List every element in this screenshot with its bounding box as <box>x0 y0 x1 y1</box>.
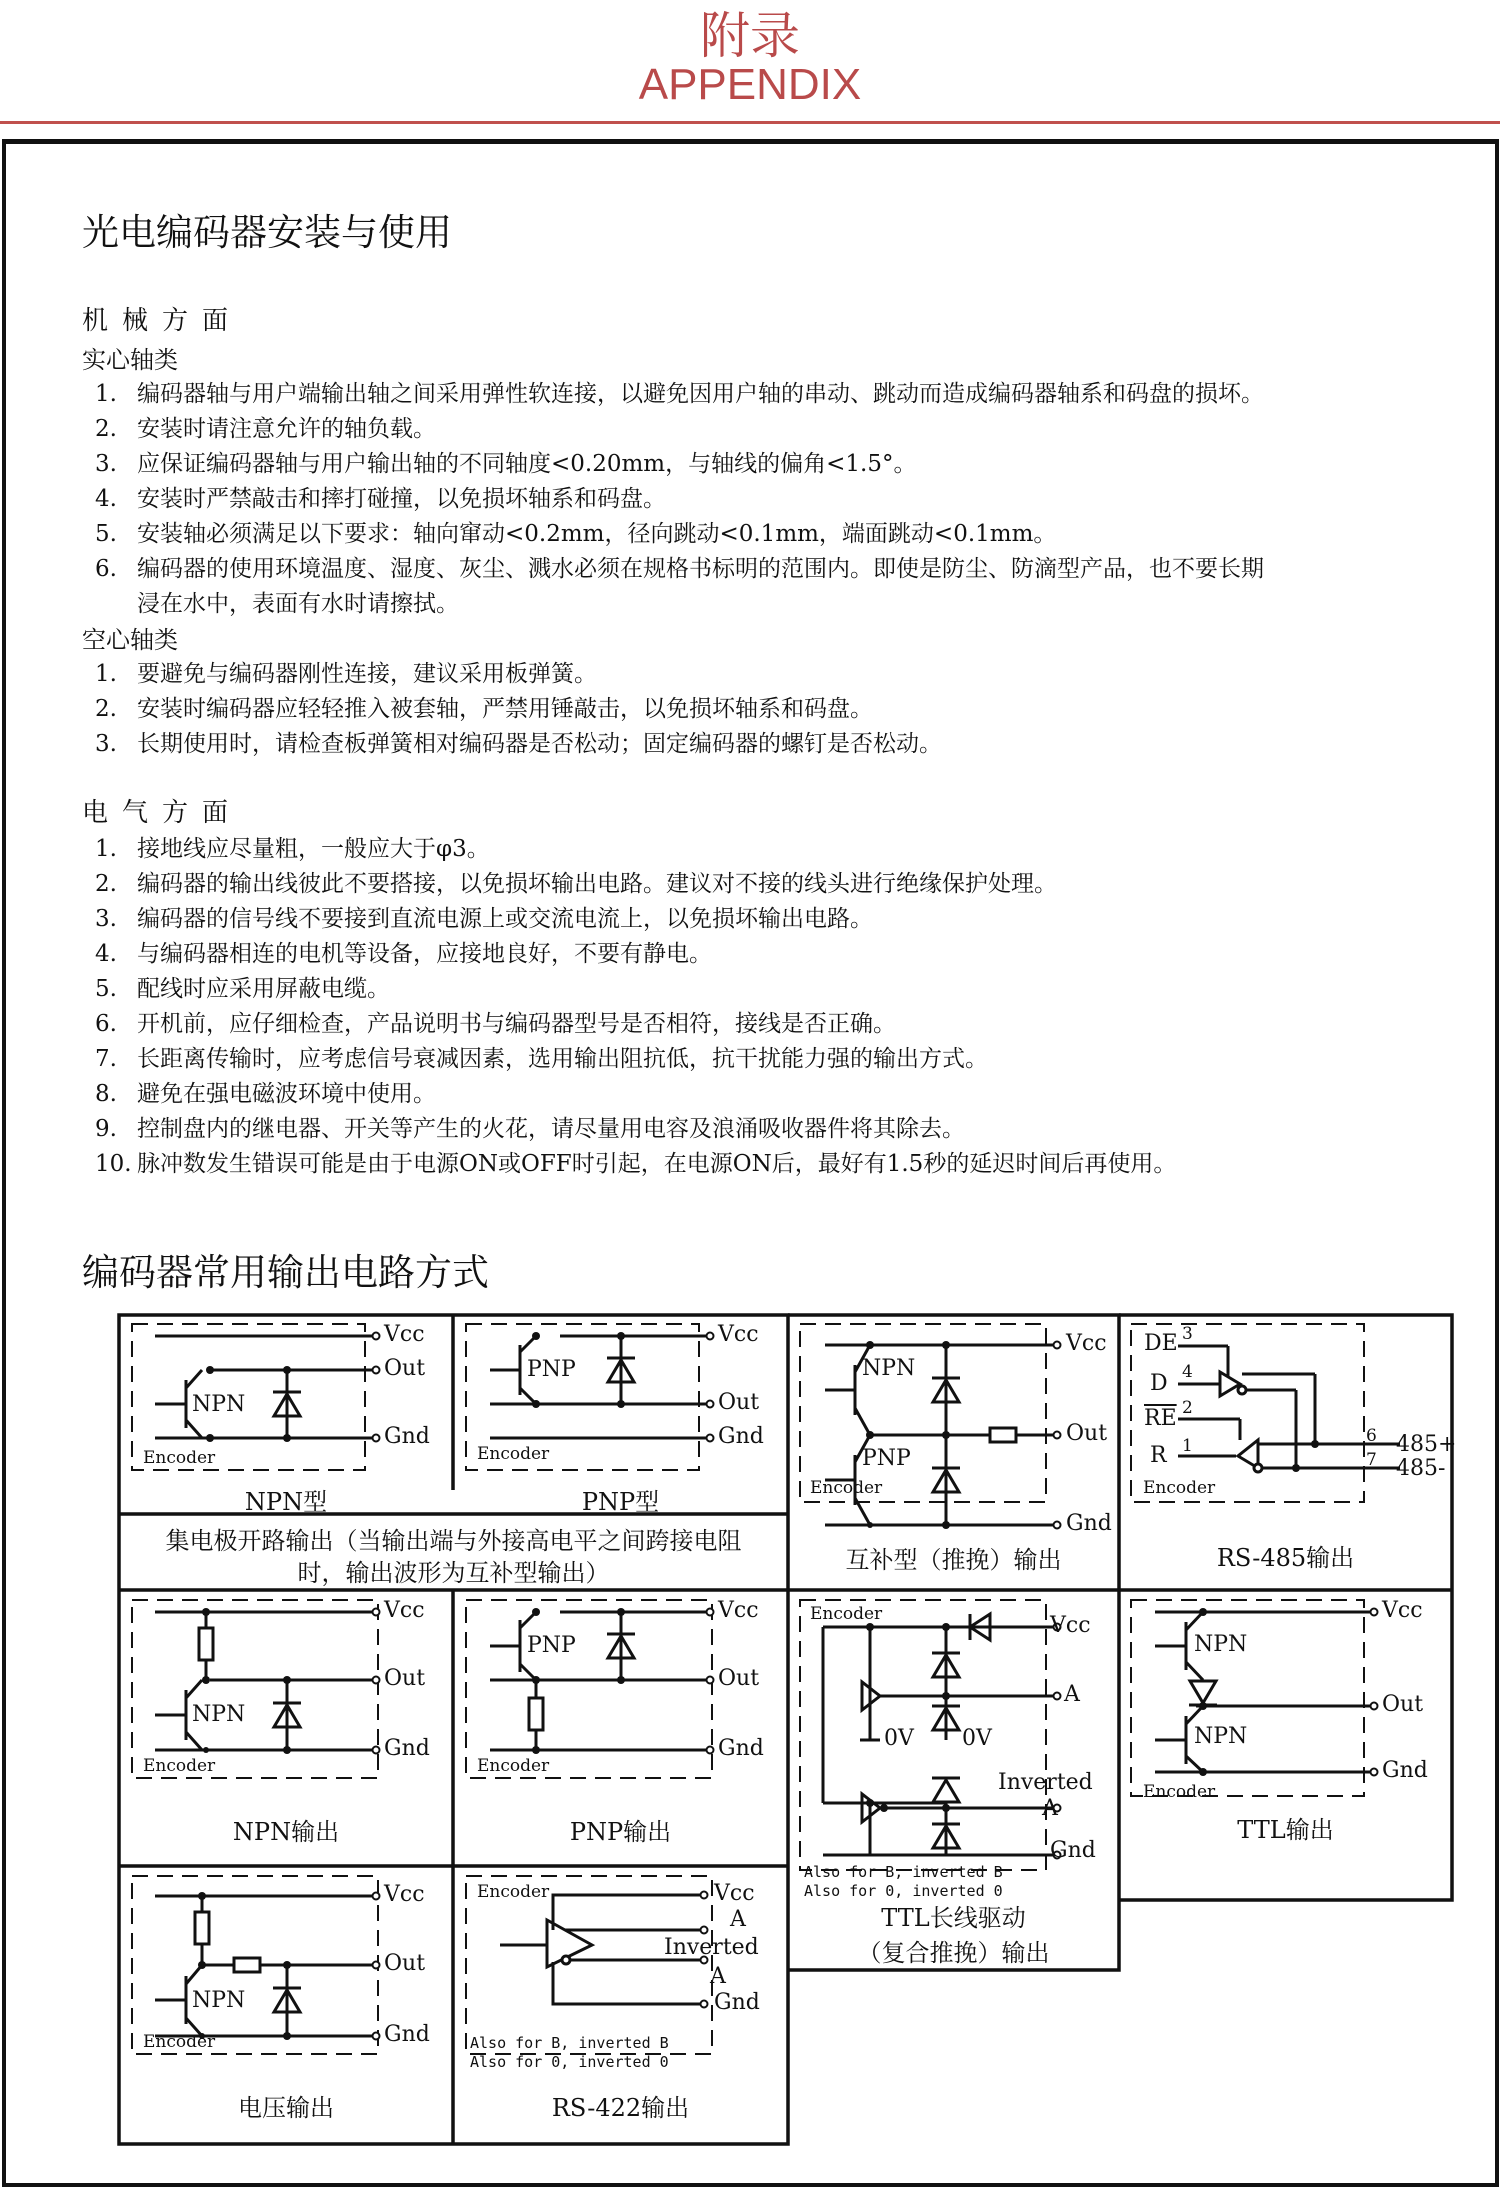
label-gnd: Gnd <box>1050 1838 1096 1863</box>
label-vcc: Vcc <box>384 1598 425 1623</box>
label-0v: 0V <box>962 1726 992 1751</box>
label-out: Out <box>384 1951 425 1976</box>
caption-pnp-output: PNP输出 <box>453 1812 788 1847</box>
label-485-plus: 485+ <box>1396 1432 1456 1457</box>
label-gnd: Gnd <box>718 1736 764 1761</box>
label-gnd: Gnd <box>1066 1511 1112 1536</box>
circuit-diagrams <box>0 0 1500 2187</box>
caption-open-collector-line2: 时，输出波形为互补型输出） <box>119 1553 788 1588</box>
caption-npn-type: NPN型 <box>119 1482 453 1517</box>
caption-rs422: RS-422输出 <box>453 2088 788 2123</box>
label-npn: NPN <box>862 1356 915 1381</box>
note-also-b: Also for B, inverted B <box>470 2034 669 2052</box>
label-a: A <box>730 1907 746 1932</box>
caption-voltage-output: 电压输出 <box>119 2088 453 2123</box>
label-r: R <box>1150 1443 1167 1468</box>
label-vcc: Vcc <box>718 1598 759 1623</box>
label-gnd: Gnd <box>1382 1758 1428 1783</box>
label-npn: NPN <box>192 1988 245 2013</box>
label-pin-2: 2 <box>1182 1398 1193 1418</box>
label-pin-1: 1 <box>1182 1436 1193 1456</box>
label-encoder: Encoder <box>810 1604 882 1624</box>
label-vcc: Vcc <box>384 1882 425 1907</box>
label-npn: NPN <box>1194 1724 1247 1749</box>
label-pnp: PNP <box>527 1633 576 1658</box>
note-also-0: Also for 0, inverted 0 <box>470 2053 669 2071</box>
label-gnd: Gnd <box>384 2022 430 2047</box>
caption-ttl-output: TTL输出 <box>1119 1810 1452 1845</box>
label-gnd: Gnd <box>714 1990 760 2015</box>
label-encoder: Encoder <box>143 1448 215 1468</box>
label-out: Out <box>384 1666 425 1691</box>
label-encoder: Encoder <box>143 1756 215 1776</box>
label-encoder: Encoder <box>1143 1478 1215 1498</box>
label-a: A <box>1042 1796 1058 1821</box>
label-485-minus: 485- <box>1396 1456 1445 1481</box>
label-out: Out <box>718 1666 759 1691</box>
label-vcc: Vcc <box>1066 1331 1107 1356</box>
label-npn: NPN <box>1194 1632 1247 1657</box>
label-gnd: Gnd <box>384 1424 430 1449</box>
label-a: A <box>1064 1682 1080 1707</box>
label-out: Out <box>384 1356 425 1381</box>
label-pnp: PNP <box>527 1357 576 1382</box>
label-vcc: Vcc <box>718 1322 759 1347</box>
label-out: Out <box>718 1390 759 1415</box>
label-inverted: Inverted <box>998 1770 1093 1795</box>
label-pnp: PNP <box>862 1446 911 1471</box>
label-pin-3: 3 <box>1182 1324 1193 1344</box>
label-out: Out <box>1066 1421 1107 1446</box>
label-out: Out <box>1382 1692 1423 1717</box>
caption-ttl-line-driver-1: TTL长线驱动 <box>788 1898 1119 1933</box>
label-encoder: Encoder <box>810 1478 882 1498</box>
caption-push-pull: 互补型（推挽）输出 <box>788 1540 1119 1575</box>
label-gnd: Gnd <box>718 1424 764 1449</box>
label-vcc: Vcc <box>1382 1598 1423 1623</box>
caption-ttl-line-driver-2: （复合推挽）输出 <box>788 1933 1119 1968</box>
label-0v: 0V <box>884 1726 914 1751</box>
label-inverted: Inverted <box>664 1935 759 1960</box>
label-de: DE <box>1144 1331 1178 1356</box>
label-a: A <box>710 1964 726 1989</box>
label-encoder: Encoder <box>477 1756 549 1776</box>
label-vcc: Vcc <box>384 1322 425 1347</box>
label-npn: NPN <box>192 1392 245 1417</box>
label-pin-7: 7 <box>1366 1450 1377 1470</box>
label-encoder: Encoder <box>477 1444 549 1464</box>
caption-pnp-type: PNP型 <box>453 1482 788 1517</box>
label-pin-4: 4 <box>1182 1362 1193 1382</box>
label-re: RE <box>1144 1406 1177 1431</box>
label-encoder: Encoder <box>143 2032 215 2052</box>
label-pin-6: 6 <box>1366 1426 1377 1446</box>
label-encoder: Encoder <box>1143 1782 1215 1802</box>
caption-rs485: RS-485输出 <box>1119 1538 1452 1573</box>
caption-npn-output: NPN输出 <box>119 1812 453 1847</box>
label-vcc: Vcc <box>1050 1613 1091 1638</box>
label-d: D <box>1150 1371 1168 1396</box>
label-encoder: Encoder <box>477 1882 549 1902</box>
caption-open-collector-line1: 集电极开路输出（当输出端与外接高电平之间跨接电阻 <box>119 1521 788 1556</box>
label-npn: NPN <box>192 1702 245 1727</box>
note-also-b: Also for B, inverted B <box>804 1863 1003 1881</box>
label-vcc: Vcc <box>714 1881 755 1906</box>
label-gnd: Gnd <box>384 1736 430 1761</box>
